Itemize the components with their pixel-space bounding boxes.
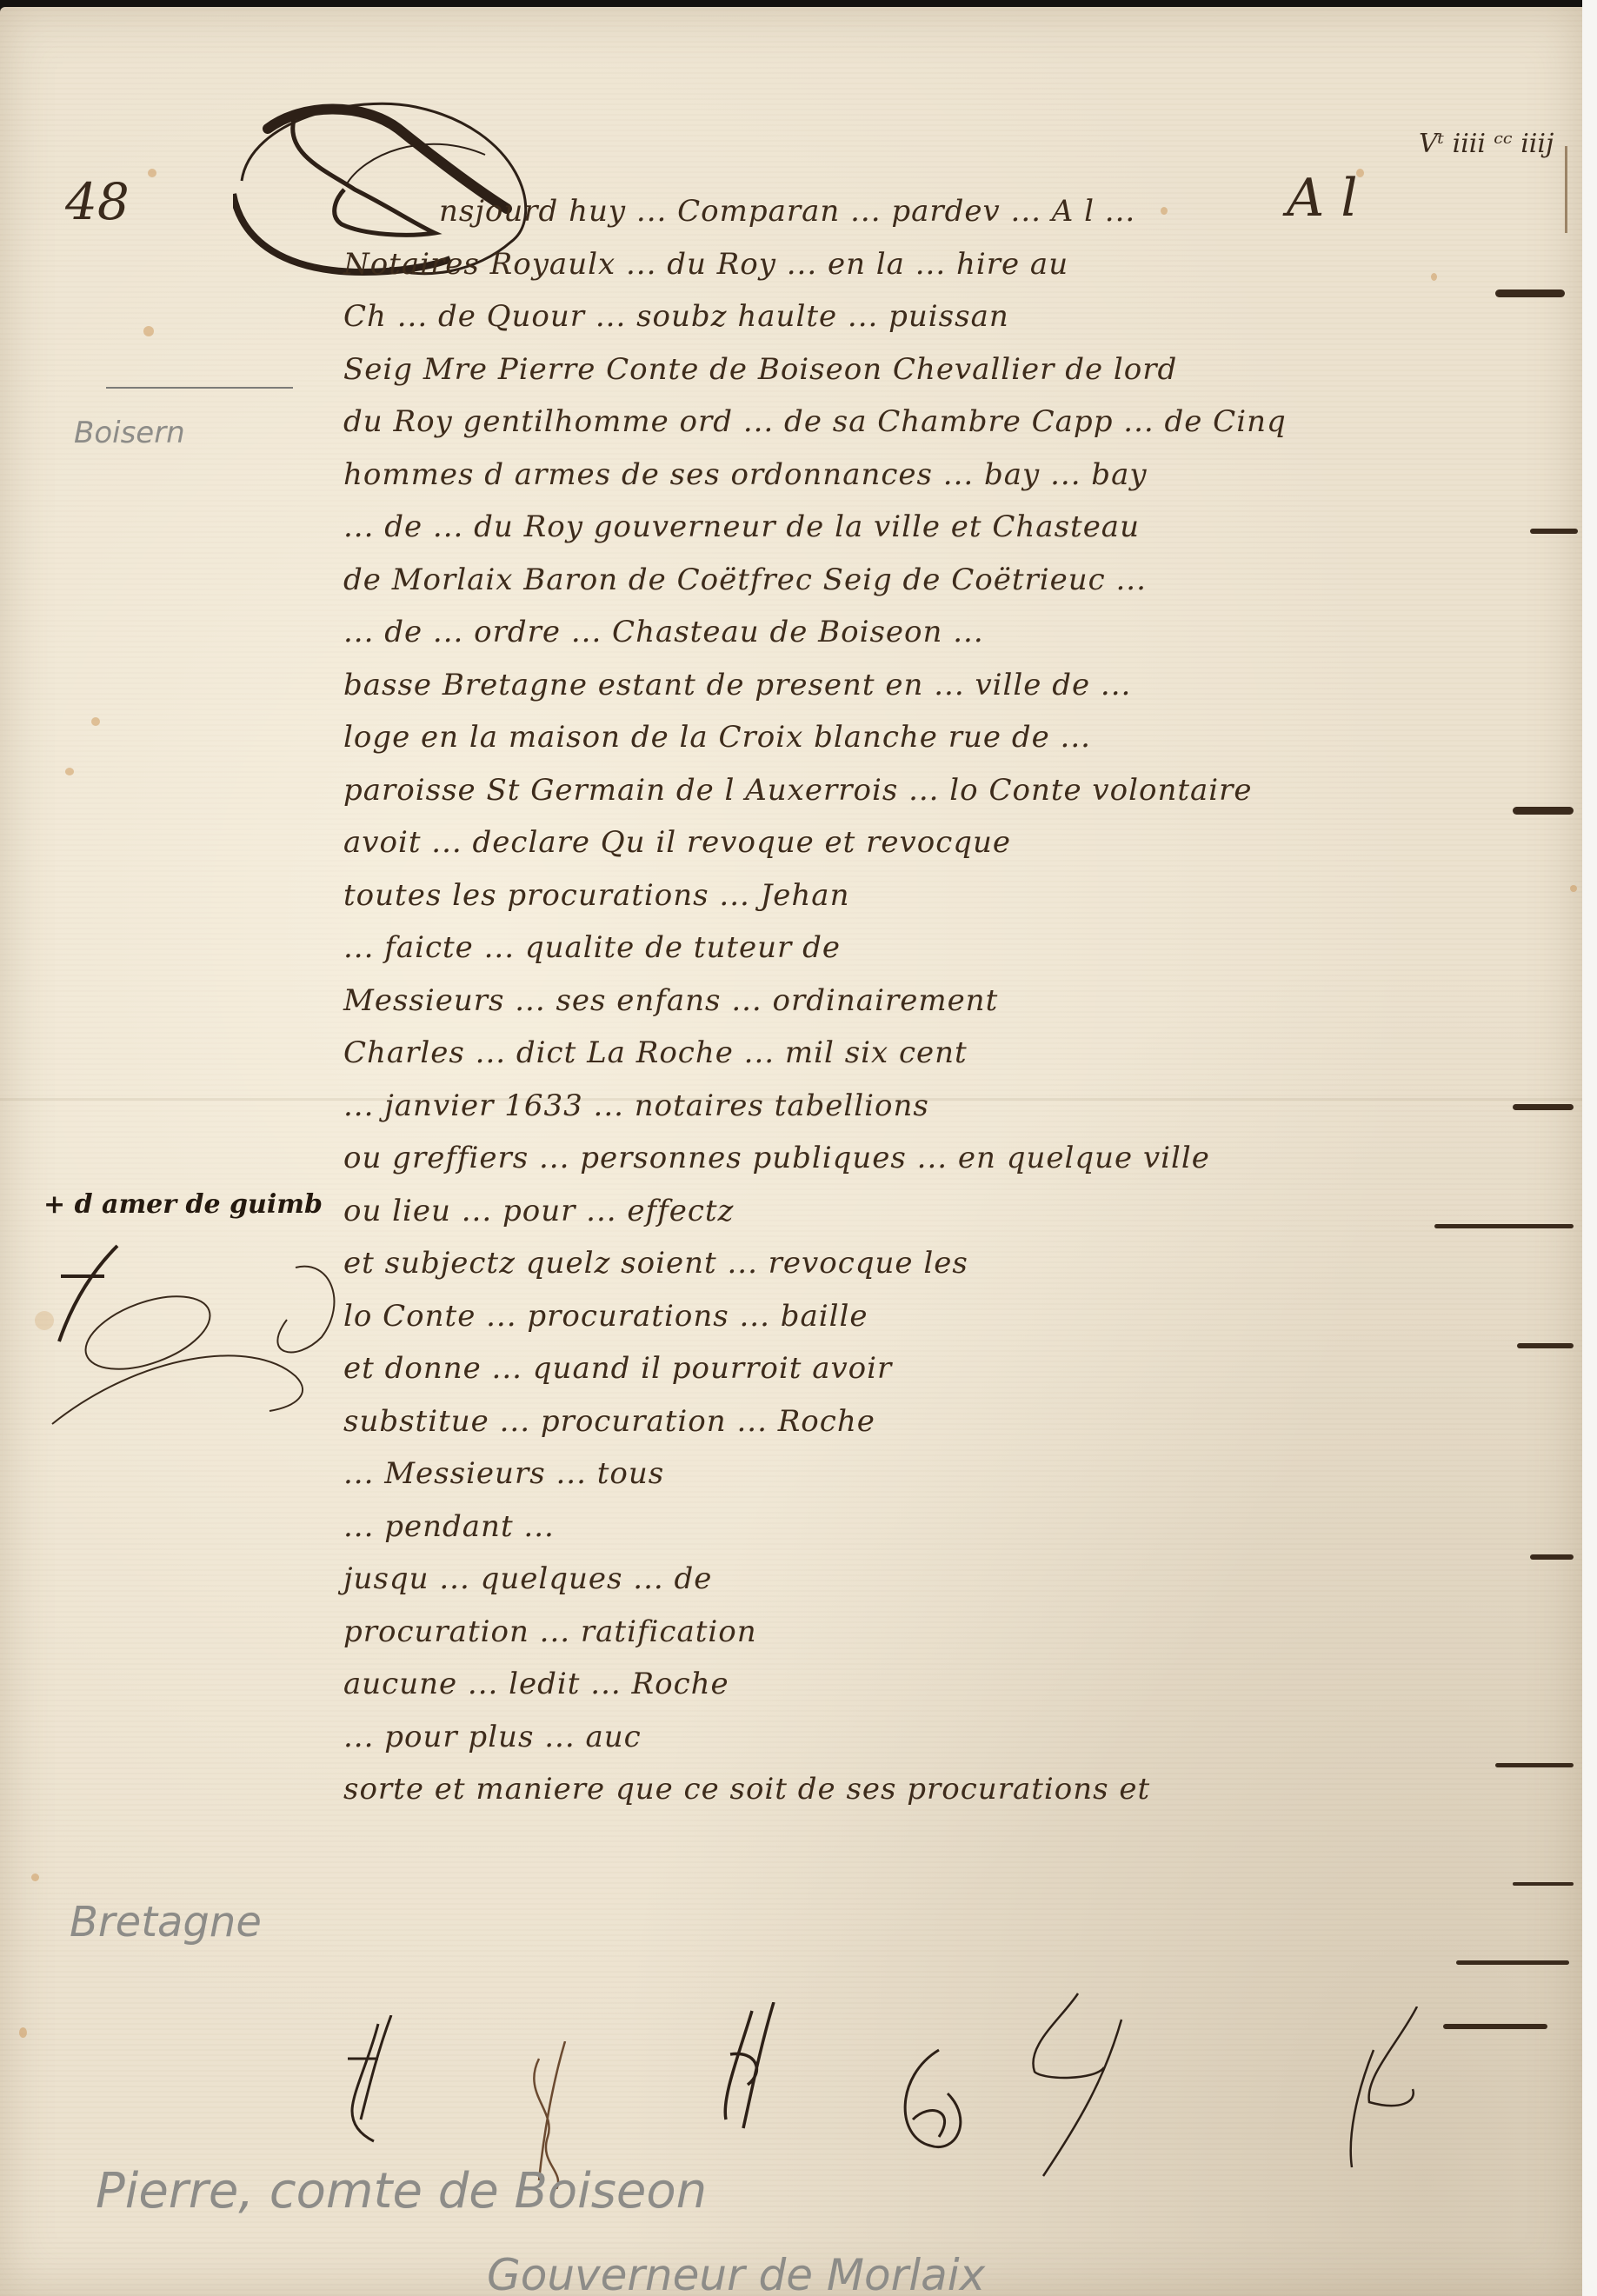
text-line: ... Messieurs ... tous xyxy=(343,1447,1465,1501)
act-body-text: nsjourd huy ... Comparan ... pardev ... … xyxy=(343,185,1465,1816)
signature-paraph-3-icon xyxy=(713,2002,791,2133)
line-filler-flourish xyxy=(1530,1554,1574,1560)
text-line: ou greffiers ... personnes publiques ...… xyxy=(343,1132,1465,1185)
line-filler-flourish xyxy=(1495,1763,1574,1767)
text-line: loge en la maison de la Croix blanche ru… xyxy=(343,711,1465,764)
line-filler-flourish xyxy=(1513,1104,1574,1110)
pencil-note-pierre-comte: Pierre, comte de Boiseon xyxy=(96,2163,707,2219)
folio-number: 48 xyxy=(65,172,130,231)
line-filler-flourish xyxy=(1513,807,1574,815)
pencil-underline xyxy=(106,387,293,389)
pencil-note-gouverneur: Gouverneur de Morlaix xyxy=(487,2250,985,2296)
text-line: et donne ... quand il pourroit avoir xyxy=(343,1342,1465,1395)
line-filler-flourish xyxy=(1513,1882,1574,1886)
scan-border-right xyxy=(1582,0,1597,2296)
text-line: Ch ... de Quour ... soubz haulte ... pui… xyxy=(343,290,1465,343)
text-line: avoit ... declare Qu il revoque et revoc… xyxy=(343,816,1465,869)
text-line: aucune ... ledit ... Roche xyxy=(343,1658,1465,1711)
foxing-stain xyxy=(143,326,154,336)
text-line: paroisse St Germain de l Auxerrois ... l… xyxy=(343,764,1465,817)
signature-paraph-5-icon xyxy=(1008,1985,1139,2185)
signature-paraph-4-icon xyxy=(878,2041,991,2180)
pencil-note-bretagne: Bretagne xyxy=(70,1898,262,1947)
text-line: toutes les procurations ... Jehan xyxy=(343,869,1465,922)
line-filler-flourish xyxy=(1495,289,1565,297)
line-filler-flourish xyxy=(1434,1224,1574,1228)
text-line: procuration ... ratification xyxy=(343,1606,1465,1659)
signature-paraph-1-icon xyxy=(343,2015,413,2146)
foxing-stain xyxy=(19,2027,27,2038)
text-line: substitue ... procuration ... Roche xyxy=(343,1395,1465,1448)
line-filler-flourish xyxy=(1517,1343,1574,1348)
text-line: de Morlaix Baron de Coëtfrec Seig de Coë… xyxy=(343,554,1465,607)
line-filler-flourish xyxy=(1443,2024,1547,2029)
text-line: Messieurs ... ses enfans ... ordinaireme… xyxy=(343,975,1465,1028)
text-line: ... pendant ... xyxy=(343,1501,1465,1554)
margin-signature-note: + d amer de guimb xyxy=(43,1189,323,1220)
text-line: basse Bretagne estant de present en ... … xyxy=(343,659,1465,712)
text-line: lo Conte ... procurations ... baille xyxy=(343,1290,1465,1343)
text-line: et subjectz quelz soient ... revocque le… xyxy=(343,1237,1465,1290)
top-right-sum-note: Vᵗ iiii ᶜᶜ iiij xyxy=(1419,129,1554,159)
line-filler-flourish xyxy=(1456,1960,1569,1965)
foxing-stain xyxy=(65,768,74,775)
text-line: ... de ... du Roy gouverneur de la ville… xyxy=(343,501,1465,554)
text-line: nsjourd huy ... Comparan ... pardev ... … xyxy=(343,185,1465,238)
text-line: Charles ... dict La Roche ... mil six ce… xyxy=(343,1027,1465,1080)
manuscript-page: 48 A l Vᵗ iiii ᶜᶜ iiij nsjourd huy ... C… xyxy=(0,7,1582,2296)
margin-paraph-icon xyxy=(35,1224,365,1433)
foxing-stain xyxy=(31,1873,39,1881)
foxing-stain xyxy=(148,169,156,177)
pencil-note-boisern: Boisern xyxy=(74,416,185,450)
text-line: ... faicte ... qualite de tuteur de xyxy=(343,922,1465,975)
foxing-stain xyxy=(1570,885,1577,892)
text-line: ... de ... ordre ... Chasteau de Boiseon… xyxy=(343,606,1465,659)
text-line: Notaires Royaulx ... du Roy ... en la ..… xyxy=(343,238,1465,291)
signature-paraph-6-icon xyxy=(1339,2007,1434,2172)
text-line: ... pour plus ... auc xyxy=(343,1711,1465,1764)
text-line: du Roy gentilhomme ord ... de sa Chambre… xyxy=(343,396,1465,449)
text-line: hommes d armes de ses ordonnances ... ba… xyxy=(343,449,1465,502)
line-filler-flourish xyxy=(1530,529,1578,534)
text-line: jusqu ... quelques ... de xyxy=(343,1553,1465,1606)
bracket-line xyxy=(1565,146,1567,233)
text-line: ... janvier 1633 ... notaires tabellions xyxy=(343,1080,1465,1133)
text-line: ou lieu ... pour ... effectz xyxy=(343,1185,1465,1238)
foxing-stain xyxy=(91,717,100,726)
text-line: Seig Mre Pierre Conte de Boiseon Chevall… xyxy=(343,343,1465,396)
text-line: sorte et maniere que ce soit de ses proc… xyxy=(343,1763,1465,1816)
